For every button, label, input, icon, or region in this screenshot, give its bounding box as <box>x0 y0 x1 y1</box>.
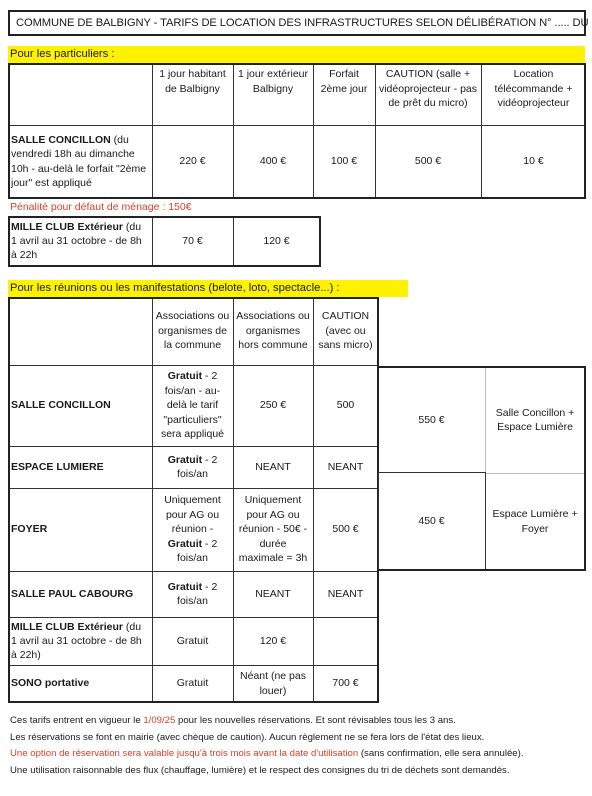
footer-notes: Ces tarifs entrent en vigueur le 1/09/25… <box>10 713 523 779</box>
footer-line-4: Une utilisation raisonnable des flux (ch… <box>10 763 523 780</box>
footer-line-2: Les réservations se font en mairie (avec… <box>10 730 523 747</box>
penalty-note: Pénalité pour défaut de ménage : 150€ <box>10 200 192 215</box>
section-banner-reunions: Pour les réunions ou les manifestations … <box>8 280 408 297</box>
effective-date: 1/09/25 <box>143 715 175 726</box>
document-title: COMMUNE DE BALBIGNY - TARIFS DE LOCATION… <box>8 10 586 36</box>
reservation-option-note: Une option de réservation sera valable j… <box>10 748 358 759</box>
footer-line-3: Une option de réservation sera valable j… <box>10 746 523 763</box>
footer-line-1: Ces tarifs entrent en vigueur le 1/09/25… <box>10 713 523 730</box>
section-banner-particuliers: Pour les particuliers : <box>8 46 585 63</box>
